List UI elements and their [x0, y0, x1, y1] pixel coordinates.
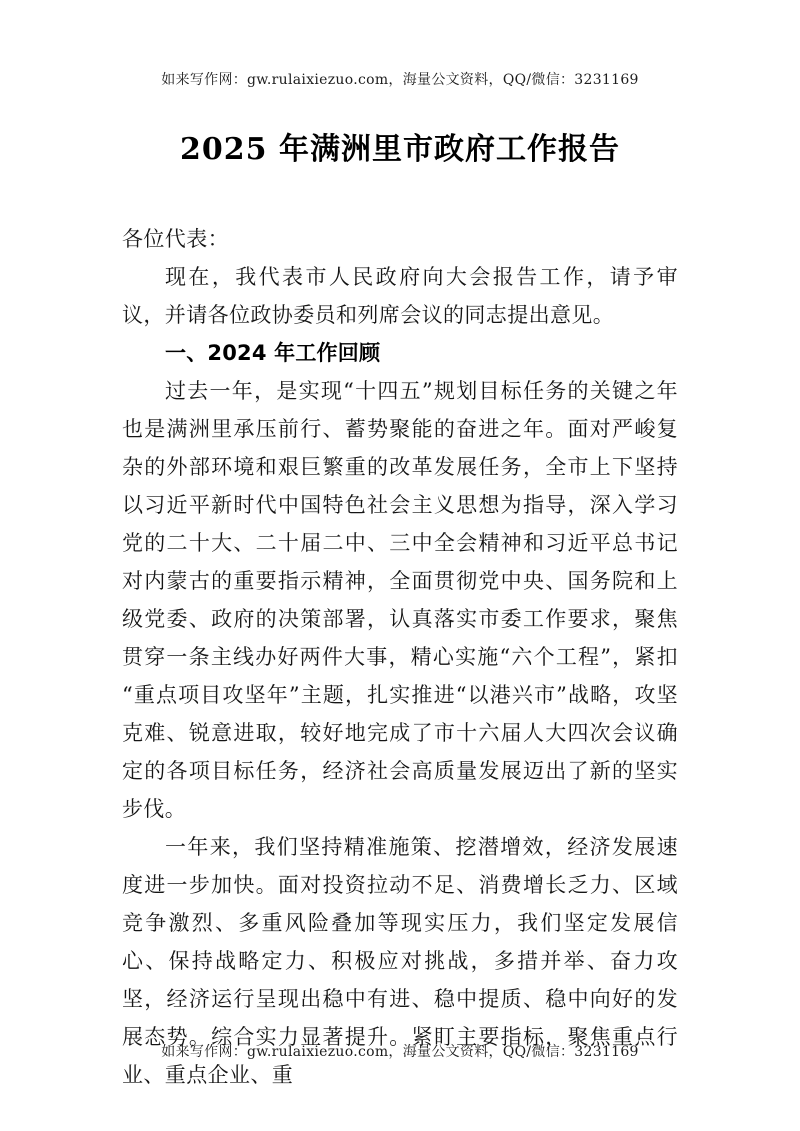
watermark-header: 如来写作网：gw.rulaixiezuo.com，海量公文资料，QQ/微信：32…: [0, 70, 800, 90]
document-body: 各位代表： 现在，我代表市人民政府向大会报告工作，请予审议，并请各位政协委员和列…: [122, 220, 678, 1094]
watermark-footer: 如来写作网：gw.rulaixiezuo.com，海量公文资料，QQ/微信：32…: [0, 1042, 800, 1062]
intro-paragraph: 现在，我代表市人民政府向大会报告工作，请予审议，并请各位政协委员和列席会议的同志…: [122, 258, 678, 334]
salutation: 各位代表：: [122, 220, 678, 258]
section-heading: 一、2024 年工作回顾: [122, 334, 678, 372]
document-title: 2025 年满洲里市政府工作报告: [0, 129, 800, 171]
document-page: 如来写作网：gw.rulaixiezuo.com，海量公文资料，QQ/微信：32…: [0, 0, 800, 1131]
body-paragraph-1: 过去一年，是实现“十四五”规划目标任务的关键之年也是满洲里承压前行、蓄势聚能的奋…: [122, 372, 678, 828]
